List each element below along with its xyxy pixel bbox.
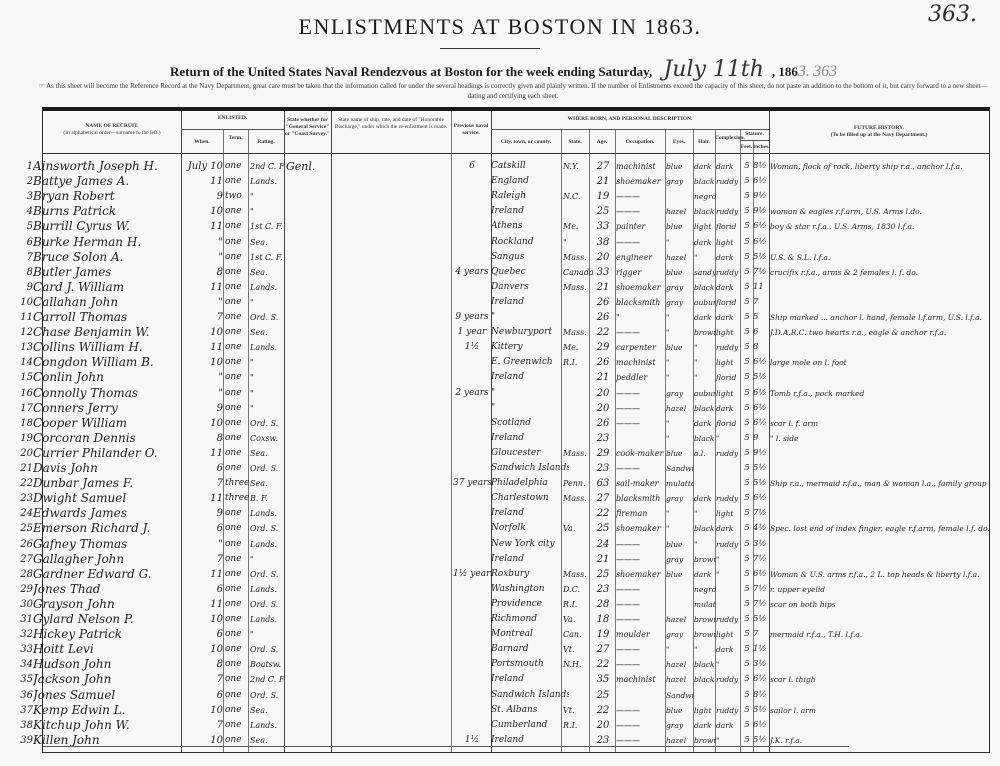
enlisted-rating-cell: Ord. S. [250,310,284,325]
complexion-cell: dark [716,642,741,657]
enlisted-when-cell: 11 [181,446,223,461]
table-row: 29Jones Thad6oneLands.WashingtonD.C.23——… [43,582,991,597]
recruit-name-cell: Bryan Robert [33,189,183,204]
birth-city-cell: St. Albans [491,703,569,718]
occupation-cell: engineer [616,250,666,265]
future-history-cell: r. upper eyelid [770,582,990,597]
future-history-cell: Spec. lost end of index finger, eagle r.… [770,521,990,536]
age-cell: 25 [591,204,615,219]
recruit-name-cell: Connolly Thomas [33,386,183,401]
header-bottom-rule [43,153,989,154]
stature-feet-cell: 5 [741,688,753,703]
enlisted-rating-cell: Ord. S. [250,521,284,536]
birth-city-cell: Sandwich Islands [491,688,569,703]
previous-service-cell [453,657,491,672]
enlisted-term-cell: one [225,657,249,672]
stature-inches-cell: 5½ [753,370,769,385]
table-row: 25Emerson Richard J.6oneOrd. S.NorfolkVa… [43,521,991,536]
stature-inches-cell: 6½ [753,672,769,687]
stature-inches-cell: 9½ [753,446,769,461]
enlisted-when-cell: July 10 [181,159,223,174]
table-row: 1Ainsworth Joseph H.July 10one2nd C. F.G… [43,159,991,174]
stature-feet-cell: 5 [741,386,753,401]
enlisted-term-cell: one [225,159,249,174]
table-row: 34Hudson John8oneBoatsw.PortsmouthN.H.22… [43,657,991,672]
birth-city-cell: " [491,401,569,416]
hair-cell: black [694,672,716,687]
enlisted-term-cell: one [225,506,249,521]
table-row: 7Bruce Solon A."one1st C. F.SangusMass.2… [43,250,991,265]
row-number-cell: 11 [13,310,33,325]
occupation-cell: shoemaker [616,567,666,582]
occupation-cell: peddler [616,370,666,385]
hair-cell [694,476,716,491]
stature-feet-cell: 5 [741,250,753,265]
hair-cell: dark [694,567,716,582]
service-type-cell [286,688,331,703]
previous-service-cell [453,718,491,733]
service-type-cell [286,416,331,431]
enlisted-term-cell: one [225,204,249,219]
enlisted-when-cell: 10 [181,416,223,431]
future-history-cell: crucifix r.f.a., arms & 2 females l. f. … [770,265,990,280]
table-row: 23Dwight Samuel11threeB. F.CharlestownMa… [43,491,991,506]
enlisted-when-cell: 11 [181,174,223,189]
complexion-cell: ruddy [716,537,741,552]
stature-feet-cell: 5 [741,174,753,189]
hair-cell: dark [694,416,716,431]
enlisted-rating-cell: " [250,370,284,385]
recruit-name-cell: Davis John [33,461,183,476]
eyes-cell: blue [666,703,694,718]
eyes-cell: " [666,521,694,536]
service-type-cell [286,250,331,265]
row-number-cell: 34 [13,657,33,672]
recruit-name-cell: Grayson John [33,597,183,612]
age-cell: 19 [591,189,615,204]
service-type-cell [286,567,331,582]
service-type-cell: Genl. [286,159,331,174]
previous-service-cell [453,416,491,431]
stature-inches-cell: 7½ [753,552,769,567]
row-number-cell: 36 [13,688,33,703]
stature-inches-cell: 7½ [753,506,769,521]
hair-cell: negro [694,189,716,204]
hair-cell: negro [694,582,716,597]
service-type-cell [286,672,331,687]
hair-cell: a.l. [694,446,716,461]
previous-service-cell [453,295,491,310]
previous-service-cell [453,461,491,476]
birth-city-cell: Montreal [491,627,569,642]
age-cell: 26 [591,310,615,325]
occupation-cell [616,431,666,446]
service-type-cell [286,461,331,476]
enlisted-term-cell: one [225,461,249,476]
enlisted-when-cell: 10 [181,612,223,627]
stature-feet-cell: 5 [741,159,753,174]
hair-cell: " [694,340,716,355]
occupation-cell: rigger [616,265,666,280]
birth-city-cell: Catskill [491,159,569,174]
eyes-cell: blue [666,446,694,461]
complexion-cell [716,476,741,491]
future-history-cell: scar l. thigh [770,672,990,687]
service-type-cell [286,446,331,461]
enlisted-when-cell: 10 [181,703,223,718]
hair-cell: dark [694,718,716,733]
enlisted-when-cell: 9 [181,506,223,521]
row-number-cell: 4 [13,204,33,219]
header-name-label: NAME OF RECRUIT. [43,123,181,130]
table-row: 15Conlin John"one"Ireland21peddler""flor… [43,370,991,385]
future-history-cell: woman & eagles r.f.arm, U.S. Arms l.do. [770,204,990,219]
future-history-cell [770,506,990,521]
table-row: 5Burrill Cyrus W.11one1st C. F.AthensMe.… [43,219,991,234]
enlisted-rating-cell: 2nd C. F. [250,159,284,174]
header-rating: Rating. [248,139,284,146]
service-type-cell [286,431,331,446]
service-type-cell [286,204,331,219]
enlisted-term-cell: one [225,370,249,385]
age-cell: 38 [591,235,615,250]
complexion-cell: light [716,355,741,370]
occupation-cell: ——— [616,612,666,627]
header-enlisted: ENLISTED. [181,115,284,122]
recruit-name-cell: Card J. William [33,280,183,295]
table-row: 10Callahan John"one"Ireland26blacksmithg… [43,295,991,310]
stature-feet-cell: 5 [741,506,753,521]
occupation-cell: blacksmith [616,295,666,310]
birth-city-cell: " [491,310,569,325]
recruit-name-cell: Burrill Cyrus W. [33,219,183,234]
complexion-cell: dark [716,159,741,174]
recruit-name-cell: Jackson John [33,672,183,687]
enlisted-when-cell: 6 [181,461,223,476]
enlisted-term-cell: one [225,325,249,340]
stature-inches-cell: 7 [753,295,769,310]
eyes-cell: hazel [666,401,694,416]
eyes-cell: blue [666,567,694,582]
age-cell: 29 [591,340,615,355]
eyes-cell: gray [666,718,694,733]
age-cell: 20 [591,401,615,416]
complexion-cell [716,461,741,476]
table-row: 31Gylard Nelson P.10oneLands.RichmondVa.… [43,612,991,627]
enlisted-rating-cell: Lands. [250,537,284,552]
year-handwritten: 3. [798,63,810,80]
stature-feet-cell: 5 [741,295,753,310]
age-cell: 26 [591,416,615,431]
enlisted-term-cell: one [225,612,249,627]
row-number-cell: 24 [13,506,33,521]
stature-inches-cell: 8 [753,340,769,355]
enlisted-term-cell: one [225,567,249,582]
hair-cell: brown [694,627,716,642]
hair-cell: " [694,250,716,265]
row-number-cell: 9 [13,280,33,295]
recruit-name-cell: Dunbar James F. [33,476,183,491]
service-type-cell [286,718,331,733]
occupation-cell: ——— [616,189,666,204]
row-number-cell: 23 [13,491,33,506]
eyes-cell: hazel [666,204,694,219]
enlisted-term-cell: one [225,310,249,325]
recruit-name-cell: Currier Philander O. [33,446,183,461]
stature-inches-cell: 5½ [753,476,769,491]
future-history-cell [770,718,990,733]
birth-city-cell: Ireland [491,295,569,310]
row-number-cell: 29 [13,582,33,597]
future-history-cell: Woman & U.S. arms r.f.a., 2 L. top heads… [770,567,990,582]
stature-feet-cell: 5 [741,521,753,536]
table-row: 27Gallagher John7one"Ireland21———graybro… [43,552,991,567]
occupation-cell: machinist [616,355,666,370]
ledger-bottom-rule [43,746,849,747]
row-number-cell: 7 [13,250,33,265]
enlisted-term-cell: one [225,537,249,552]
age-cell: 22 [591,657,615,672]
previous-service-cell [453,401,491,416]
birth-city-cell: England [491,174,569,189]
recruit-name-cell: Dwight Samuel [33,491,183,506]
age-cell: 26 [591,295,615,310]
complexion-cell: dark [716,280,741,295]
eyes-cell: blue [666,537,694,552]
occupation-cell: ——— [616,657,666,672]
enlisted-when-cell: 10 [181,355,223,370]
stature-inches-cell: 6½ [753,235,769,250]
birth-city-cell: Rockland [491,235,569,250]
occupation-cell: machinist [616,672,666,687]
birth-city-cell: " [491,386,569,401]
row-number-cell: 19 [13,431,33,446]
recruit-name-cell: Gallagher John [33,552,183,567]
enlisted-when-cell: 6 [181,688,223,703]
birth-city-cell: Richmond [491,612,569,627]
occupation-cell: ——— [616,386,666,401]
recruit-name-cell: Ainsworth Joseph H. [33,159,183,174]
row-number-cell: 39 [13,733,33,748]
enlisted-rating-cell: Lands. [250,612,284,627]
stature-inches-cell: 3½ [753,657,769,672]
hair-cell: black [694,174,716,189]
birth-city-cell: Danvers [491,280,569,295]
row-number-cell: 14 [13,355,33,370]
enlisted-rating-cell: Ord. S. [250,461,284,476]
enlisted-rating-cell: Lands. [250,174,284,189]
row-number-cell: 12 [13,325,33,340]
enlisted-term-cell: one [225,552,249,567]
future-history-cell [770,295,990,310]
enlisted-when-cell: 8 [181,265,223,280]
table-row: 35Jackson John7one2nd C. F.Ireland35mach… [43,672,991,687]
header-future-label: FUTURE HISTORY. [769,125,989,132]
recruit-name-cell: Gylard Nelson P. [33,612,183,627]
stature-feet-cell: 5 [741,310,753,325]
age-cell: 35 [591,672,615,687]
occupation-cell: ——— [616,461,666,476]
row-number-cell: 21 [13,461,33,476]
birth-city-cell: Sandwich Islands [491,461,569,476]
age-cell: 20 [591,386,615,401]
occupation-cell: shoemaker [616,521,666,536]
enlisted-rating-cell: Boatsw. [250,657,284,672]
table-row: 19Corcoran Dennis8oneCoxsw.Ireland23"bla… [43,431,991,446]
future-history-cell [770,174,990,189]
enlisted-when-cell: 11 [181,491,223,506]
previous-service-cell [453,582,491,597]
occupation-cell: ——— [616,703,666,718]
service-type-cell [286,521,331,536]
table-row: 6Burke Herman H."oneSea.Rockland"38———"d… [43,235,991,250]
complexion-cell [716,688,741,703]
enlisted-when-cell: " [181,235,223,250]
complexion-cell: ruddy [716,703,741,718]
row-number-cell: 31 [13,612,33,627]
hair-cell: dark [694,310,716,325]
row-number-cell: 25 [13,521,33,536]
enlisted-when-cell: " [181,370,223,385]
service-type-cell [286,370,331,385]
complexion-cell: ruddy [716,265,741,280]
previous-service-cell [453,174,491,189]
age-cell: 25 [591,521,615,536]
previous-service-cell [453,537,491,552]
age-cell: 23 [591,582,615,597]
table-row: 13Collins William H.11oneLands.1½Kittery… [43,340,991,355]
eyes-cell: blue [666,265,694,280]
age-cell: 21 [591,174,615,189]
previous-service-cell [453,446,491,461]
table-row: 36Jones Samuel6oneOrd. S.Sandwich Island… [43,688,991,703]
future-history-cell [770,491,990,506]
stature-feet-cell: 5 [741,657,753,672]
stature-inches-cell: 6½ [753,386,769,401]
previous-service-cell: 6 [453,159,491,174]
eyes-cell: gray [666,280,694,295]
future-history-cell: boy & star r.f.a., U.S. Arms, 1830 l.f.a… [770,219,990,234]
birth-city-cell: Sangus [491,250,569,265]
previous-service-cell: 1 year [453,325,491,340]
birth-city-cell: Roxbury [491,567,569,582]
row-number-cell: 37 [13,703,33,718]
occupation-cell: machinist [616,159,666,174]
header-name-note: (In alphabetical order—surname to the le… [43,130,181,137]
enlisted-term-cell: three [225,476,249,491]
enlisted-rating-cell: " [250,189,284,204]
previous-service-cell: 9 years [453,310,491,325]
age-cell: 24 [591,537,615,552]
age-cell: 19 [591,627,615,642]
enlisted-term-cell: one [225,265,249,280]
future-history-cell [770,552,990,567]
previous-service-cell [453,431,491,446]
enlisted-when-cell: 9 [181,189,223,204]
year-printed: 186 [778,64,798,79]
service-type-cell [286,476,331,491]
table-row: 21Davis John6oneOrd. S.Sandwich Islands2… [43,461,991,476]
recruit-name-cell: Burns Patrick [33,204,183,219]
stature-feet-cell: 5 [741,416,753,431]
header-state: State. [561,139,589,146]
service-type-cell [286,582,331,597]
occupation-cell [616,688,666,703]
enlisted-rating-cell: Ord. S. [250,567,284,582]
recruit-name-cell: Chase Benjamin W. [33,325,183,340]
occupation-cell: ——— [616,416,666,431]
enlisted-term-cell: one [225,386,249,401]
table-row: 14Congdon William B.10one"E. GreenwichR.… [43,355,991,370]
table-row: 32Hickey Patrick6one"MontrealCan.19mould… [43,627,991,642]
hair-cell: black [694,431,716,446]
stature-inches-cell: 6½ [753,718,769,733]
stature-inches-cell: 5½ [753,703,769,718]
age-cell: 21 [591,370,615,385]
stature-inches-cell: 8½ [753,688,769,703]
eyes-cell [666,582,694,597]
future-history-cell [770,537,990,552]
recruit-name-cell: Emerson Richard J. [33,521,183,536]
enlisted-term-cell: one [225,401,249,416]
table-row: 12Chase Benjamin W.10oneSea.1 yearNewbur… [43,325,991,340]
enlistment-ledger-table: NAME OF RECRUIT. (In alphabetical order—… [42,107,990,753]
future-history-cell [770,189,990,204]
hair-cell: " [694,355,716,370]
enlisted-rating-cell: " [250,355,284,370]
future-history-cell: Tomb r.f.a., pock marked [770,386,990,401]
eyes-cell: " [666,506,694,521]
complexion-cell: light [716,386,741,401]
previous-service-cell [453,235,491,250]
complexion-cell [716,189,741,204]
complexion-cell: " [716,431,741,446]
stature-inches-cell: 11 [753,280,769,295]
recruit-name-cell: Hickey Patrick [33,627,183,642]
enlisted-term-cell: three [225,491,249,506]
stature-feet-cell: 5 [741,235,753,250]
age-cell: 21 [591,552,615,567]
birth-city-cell: Kittery [491,340,569,355]
enlisted-term-cell: one [225,431,249,446]
table-row: 22Dunbar James F.7threeSea.37 yearsPhila… [43,476,991,491]
future-history-cell [770,401,990,416]
complexion-cell: dark [716,401,741,416]
occupation-cell: blacksmith [616,491,666,506]
complexion-cell: light [716,627,741,642]
occupation-cell: ——— [616,204,666,219]
recruit-name-cell: Conlin John [33,370,183,385]
occupation-cell: ——— [616,401,666,416]
age-cell: 23 [591,461,615,476]
future-history-cell [770,370,990,385]
header-ship: State name of ship, rate, and date of "H… [331,117,451,131]
enlisted-when-cell: 9 [181,401,223,416]
stature-feet-cell: 5 [741,219,753,234]
eyes-cell: " [666,325,694,340]
age-cell: 28 [591,597,615,612]
enlisted-when-cell: 7 [181,552,223,567]
row-number-cell: 26 [13,537,33,552]
previous-service-cell [453,627,491,642]
enlisted-term-cell: one [225,688,249,703]
enlisted-when-cell: " [181,250,223,265]
birth-city-cell: Scotland [491,416,569,431]
stature-inches-cell: 3½ [753,537,769,552]
enlisted-rating-cell: 2nd C. F. [250,672,284,687]
enlisted-rating-cell: Sea. [250,235,284,250]
table-row: 11Carroll Thomas7oneOrd. S.9 years"26""d… [43,310,991,325]
